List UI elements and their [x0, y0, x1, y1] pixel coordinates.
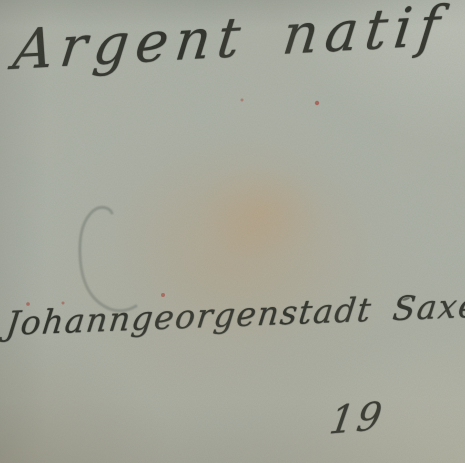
- red-speck: [161, 293, 165, 297]
- specimen-number: 19: [327, 393, 388, 443]
- red-speck: [315, 101, 319, 105]
- locality-text: Johanngeorgenstadt Saxe: [4, 286, 465, 343]
- specimen-label: Argent natif Johanngeorgenstadt Saxe 19: [0, 0, 465, 463]
- red-speck: [241, 99, 244, 102]
- mineral-name-text: Argent natif: [10, 0, 450, 82]
- pencil-c-stroke: [80, 207, 136, 310]
